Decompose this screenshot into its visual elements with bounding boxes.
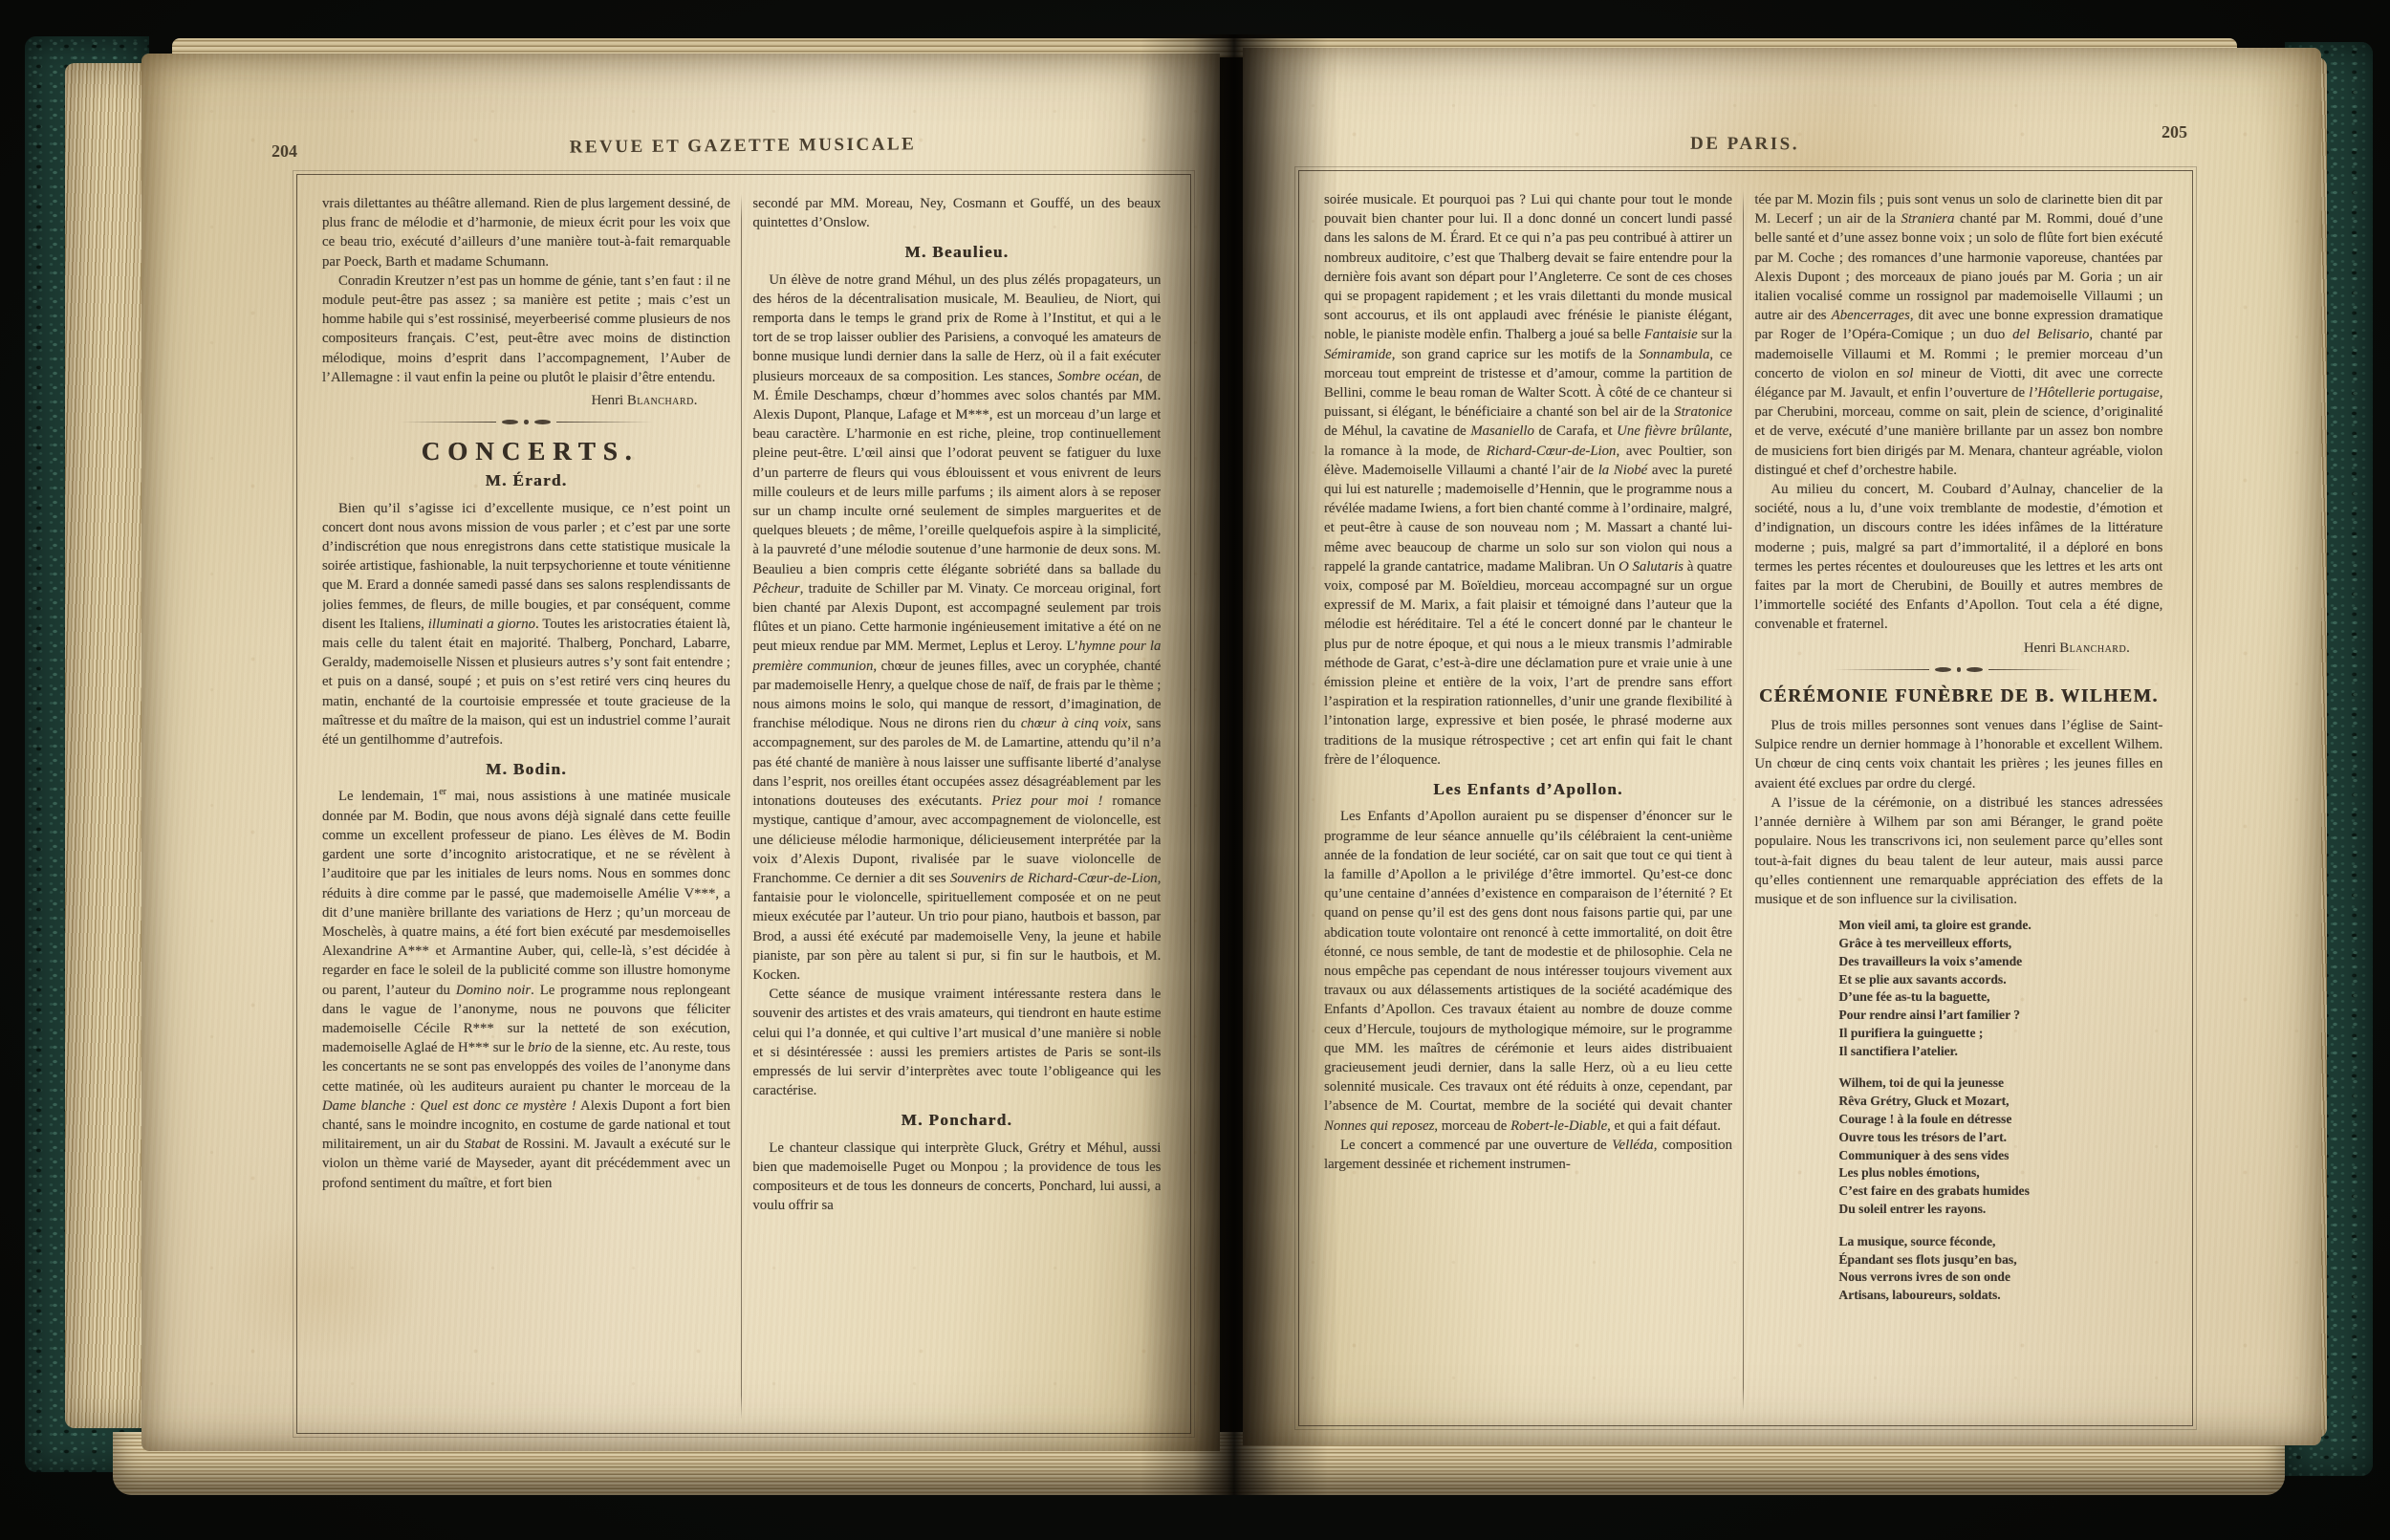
column-3: soirée musicale. Et pourquoi pas ? Lui q… [1324,190,1732,1412]
text-frame-left: vrais dilettantes au théâtre allemand. R… [296,174,1191,1434]
paragraph: Le concert a commencé par une ouverture … [1324,1136,1732,1174]
poem-line: Nous verrons ivres de son onde [1838,1269,2162,1287]
paragraph: Le lendemain, 1er mai, nous assistions à… [322,787,730,1192]
poem-line: Pour rendre ainsi l’art familier ? [1838,1007,2162,1025]
signature: Henri Blanchard. [322,391,730,410]
section-divider-ornament [1833,667,2086,672]
running-title-left: REVUE ET GAZETTE MUSICALE [296,132,1189,161]
column-4: tée par M. Mozin fils ; puis sont venus … [1754,190,2162,1412]
paragraph: secondé par MM. Moreau, Ney, Cosmann et … [752,194,1161,232]
ornament-line [400,422,496,423]
paragraph: Bien qu’il s’agisse ici d’excellente mus… [322,499,730,750]
paragraph: A l’issue de la cérémonie, on a distribu… [1754,793,2162,909]
subsection-heading: Les Enfants d’Apollon. [1324,780,1732,799]
poem-line: Artisans, laboureurs, soldats. [1838,1287,2162,1305]
poem-line: Il sanctifiera l’atelier. [1838,1043,2162,1061]
ornament-line [1833,669,1929,671]
section-heading: CONCERTS. [322,442,730,461]
page-left: 204 REVUE ET GAZETTE MUSICALE vrais dile… [141,54,1220,1451]
column-divider-rule [1743,190,1744,1412]
column-1: vrais dilettantes au théâtre allemand. R… [322,194,730,1420]
paragraph: Au milieu du concert, M. Coubard d’Aulna… [1754,480,2162,635]
poem: Mon vieil ami, ta gloire est grande.Grâc… [1838,917,2162,1305]
paragraph: Conradin Kreutzer n’est pas un homme de … [322,271,730,387]
poem-line: Communiquer à des sens vides [1838,1147,2162,1165]
columns-left: vrais dilettantes au théâtre allemand. R… [322,194,1165,1420]
subsection-heading: M. Beaulieu. [752,243,1161,262]
running-title-right: DE PARIS. [1298,132,2191,158]
ornament-leaf [534,420,551,424]
text-frame-right: soirée musicale. Et pourquoi pas ? Lui q… [1298,170,2193,1426]
ornament-line [556,422,653,423]
ornament-leaf [502,420,518,424]
column-divider-rule [741,194,742,1420]
column-2: secondé par MM. Moreau, Ney, Cosmann et … [752,194,1161,1420]
poem-line: Des travailleurs la voix s’amende [1838,953,2162,971]
paragraph: Les Enfants d’Apollon auraient pu se dis… [1324,807,1732,1135]
poem-line: Épandant ses flots jusqu’en bas, [1838,1251,2162,1269]
book-scan-scene: 204 REVUE ET GAZETTE MUSICALE vrais dile… [0,0,2390,1540]
poem-line: Grâce à tes merveilleux efforts, [1838,935,2162,953]
poem-line: Ouvre tous les trésors de l’art. [1838,1129,2162,1147]
paragraph: Plus de trois milles personnes sont venu… [1754,716,2162,793]
ornament-line [1988,669,2085,671]
ornament-dot [1957,667,1962,672]
signature: Henri Blanchard. [1754,639,2162,658]
page-number-left: 204 [272,141,297,162]
poem-line: Rêva Grétry, Gluck et Mozart, [1838,1093,2162,1111]
columns-right: soirée musicale. Et pourquoi pas ? Lui q… [1324,190,2167,1412]
poem-line: Courage ! à la foule en détresse [1838,1111,2162,1129]
poem-line: Les plus nobles émotions, [1838,1164,2162,1182]
paragraph: vrais dilettantes au théâtre allemand. R… [322,194,730,271]
subsection-heading: M. Érard. [322,471,730,490]
section-divider-ornament [400,420,653,424]
ornament-leaf [1966,667,1983,672]
poem-line: D’une fée as-tu la baguette, [1838,988,2162,1007]
section-heading: CÉRÉMONIE FUNÈBRE DE B. WILHEM. [1754,687,2162,706]
poem-line: Et se plie aux savants accords. [1838,971,2162,989]
poem-line: La musique, source féconde, [1838,1233,2162,1251]
subsection-heading: M. Ponchard. [752,1111,1161,1130]
paragraph: Le chanteur classique qui interprète Glu… [752,1139,1161,1216]
poem-line: Du soleil entrer les rayons. [1838,1201,2162,1219]
paragraph: tée par M. Mozin fils ; puis sont venus … [1754,190,2162,480]
paragraph: soirée musicale. Et pourquoi pas ? Lui q… [1324,190,1732,770]
page-right: 205 DE PARIS. soirée musicale. Et pourqu… [1243,48,2321,1445]
poem-line: Mon vieil ami, ta gloire est grande. [1838,917,2162,935]
ornament-dot [524,420,529,424]
poem-line: C’est faire en des grabats humides [1838,1182,2162,1201]
poem-stanza: Wilhem, toi de qui la jeunesseRêva Grétr… [1838,1074,2162,1218]
poem-stanza: Mon vieil ami, ta gloire est grande.Grâc… [1838,917,2162,1060]
ornament-leaf [1935,667,1951,672]
poem-line: Il purifiera la guinguette ; [1838,1025,2162,1043]
subsection-heading: M. Bodin. [322,760,730,779]
poem-line: Wilhem, toi de qui la jeunesse [1838,1074,2162,1093]
paragraph: Cette séance de musique vraiment intéres… [752,985,1161,1100]
poem-stanza: La musique, source féconde,Épandant ses … [1838,1233,2162,1305]
paragraph: Un élève de notre grand Méhul, un des pl… [752,271,1161,986]
